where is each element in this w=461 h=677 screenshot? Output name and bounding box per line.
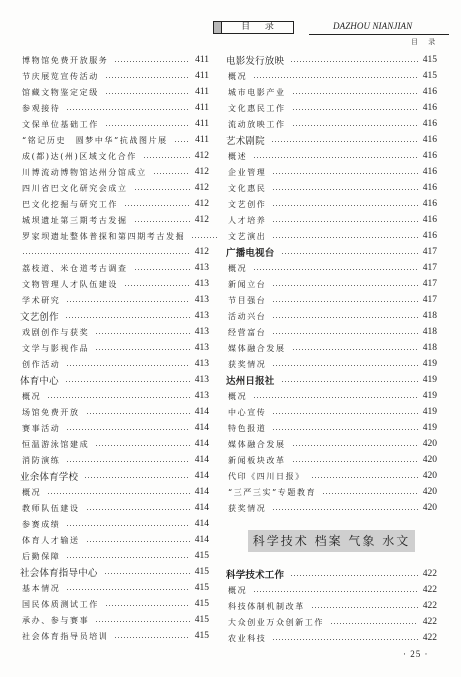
dot-leader xyxy=(86,509,190,510)
toc-entry-page: 413 xyxy=(192,263,209,273)
toc-entry-page: 419 xyxy=(420,407,437,417)
dot-leader xyxy=(174,141,190,142)
toc-entry: 新闻立台417 xyxy=(226,276,437,292)
toc-entry-title: 参赛成绩 xyxy=(22,519,60,530)
toc-entry-page: 422 xyxy=(420,617,437,627)
toc-entry: 概况414 xyxy=(20,484,209,500)
toc-entry-page: 419 xyxy=(420,359,437,369)
toc-entry: 特色报道419 xyxy=(226,420,437,436)
dot-leader xyxy=(84,477,190,478)
toc-entry-page: 420 xyxy=(420,503,437,513)
toc-entry-page: 413 xyxy=(192,359,209,369)
toc-entry-title: 概况 xyxy=(228,71,247,82)
toc-entry-title: 中心宣传 xyxy=(228,407,266,418)
toc-entry-title: 概况 xyxy=(228,391,247,402)
dot-leader xyxy=(114,61,190,62)
toc-entry: 教师队伍建设414 xyxy=(20,500,209,516)
toc-entry: 中心宣传419 xyxy=(226,404,437,420)
toc-entry: 概况417 xyxy=(226,260,437,276)
toc-entry-title: 戏剧创作与获奖 xyxy=(22,327,89,338)
dot-leader xyxy=(272,429,418,430)
toc-entry-title: 荔枝道、米仓道考古调查 xyxy=(22,263,128,274)
toc-entry-page: 416 xyxy=(420,119,437,129)
toc-entry: 馆藏文物鉴定定级411 xyxy=(20,84,209,100)
toc-entry: 巴文化挖掘与研究工作412 xyxy=(20,196,209,212)
toc-entry-title: 节目强台 xyxy=(228,295,266,306)
toc-entry-page: 417 xyxy=(420,279,437,289)
toc-entry-page: 420 xyxy=(420,455,437,465)
dot-leader xyxy=(292,349,418,350)
toc-section-entry: 文艺创作413 xyxy=(20,308,209,324)
toc-entry-page: 414 xyxy=(192,423,209,433)
dot-leader xyxy=(153,173,190,174)
toc-entry-title: 新闻板块改革 xyxy=(228,455,286,466)
toc-entry-page: 415 xyxy=(192,551,209,561)
dot-leader xyxy=(272,221,418,222)
toc-left-column: 博物馆免费开放服务411节庆展览宣传活动411馆藏文物鉴定定级411参观接待41… xyxy=(20,52,209,644)
dot-leader xyxy=(272,639,418,640)
toc-entry: 文学与影视作品413 xyxy=(20,340,209,356)
toc-entry: 文物管理人才队伍建设413 xyxy=(20,276,209,292)
toc-entry-title: 国民体质测试工作 xyxy=(22,599,99,610)
toc-entry: 文化惠民工作416 xyxy=(226,100,437,116)
toc-entry-page: 419 xyxy=(420,423,437,433)
toc-entry-title: 承办、参与赛事 xyxy=(22,615,89,626)
toc-entry: 参观接待411 xyxy=(20,100,209,116)
toc-entry-title: 体育中心 xyxy=(20,373,59,387)
toc-entry: 文保单位基础工作411 xyxy=(20,116,209,132)
toc-section-entry: 艺术剧院416 xyxy=(226,132,437,148)
toc-entry-page: 414 xyxy=(192,503,209,513)
toc-entry-page: 414 xyxy=(192,519,209,529)
dot-leader xyxy=(272,285,418,286)
dot-leader xyxy=(86,541,190,542)
toc-entry: 农业科技422 xyxy=(226,630,437,646)
toc-entry: 大众创业万众创新工作422 xyxy=(226,614,437,630)
toc-entry-page: 414 xyxy=(192,439,209,449)
toc-entry-page: 416 xyxy=(420,215,437,225)
toc-entry-title: 后勤保障 xyxy=(22,551,60,562)
toc-entry-title: 特色报道 xyxy=(228,423,266,434)
toc-entry-title: 基本情况 xyxy=(22,583,60,594)
toc-entry-page: 412 xyxy=(192,215,209,225)
toc-entry-title: 概况 xyxy=(22,391,41,402)
toc-entry-title: 艺术剧院 xyxy=(226,133,265,147)
toc-entry-page: 418 xyxy=(420,311,437,321)
toc-entry: 企业管理416 xyxy=(226,164,437,180)
toc-entry-title: 人才培养 xyxy=(228,215,266,226)
toc-entry-title: 大众创业万众创新工作 xyxy=(228,617,324,628)
toc-entry-title: 流动放映工作 xyxy=(228,119,286,130)
toc-entry-title: 城坝遗址第三期考古发掘 xyxy=(22,215,128,226)
dot-leader xyxy=(253,591,418,592)
toc-entry: 赛事活动414 xyxy=(20,420,209,436)
toc-entry-page: 416 xyxy=(420,135,437,145)
toc-entry-title: 概况 xyxy=(228,585,247,596)
toc-entry-page: 415 xyxy=(420,71,437,81)
dot-leader xyxy=(330,623,418,624)
toc-entry: 文化惠民416 xyxy=(226,180,437,196)
toc-entry-page: 416 xyxy=(420,103,437,113)
toc-entry-title: 馆藏文物鉴定定级 xyxy=(22,87,99,98)
toc-entry: 罗家坝遗址整体普探和第四期考古发掘 xyxy=(20,228,209,244)
toc-entry: 国民体质测试工作415 xyxy=(20,596,209,612)
toc-entry-page: 413 xyxy=(192,311,209,321)
header-gray-tab xyxy=(214,22,222,33)
toc-entry-page: 418 xyxy=(420,327,437,337)
toc-entry-title: 活动兴台 xyxy=(228,311,266,322)
toc-entry: 四川省巴文化研究会成立412 xyxy=(20,180,209,196)
toc-entry-page: 415 xyxy=(192,567,209,577)
toc-entry-page: 412 xyxy=(192,151,209,161)
toc-entry-title: 概况 xyxy=(228,263,247,274)
toc-entry-page: 413 xyxy=(192,295,209,305)
toc-entry-title: “铭记历史 圆梦中华”抗战图片展 xyxy=(22,135,168,146)
dot-leader xyxy=(95,445,190,446)
running-header: 目 录 DAZHOU NIANJIAN xyxy=(213,21,437,35)
toc-entry: 代印《四川日报》420 xyxy=(226,468,437,484)
toc-entry-title: 获奖情况 xyxy=(228,359,266,370)
dot-leader xyxy=(253,157,418,158)
toc-entry-page: 411 xyxy=(192,55,209,65)
toc-entry-title: 文艺演出 xyxy=(228,231,266,242)
toc-entry: 消防演练414 xyxy=(20,452,209,468)
toc-entry: 人才培养416 xyxy=(226,212,437,228)
dot-leader xyxy=(105,93,190,94)
section-banner: 科学技术 档案 气象 水文 xyxy=(248,530,415,552)
toc-entry-page: 420 xyxy=(420,487,437,497)
dot-leader xyxy=(292,125,418,126)
toc-entry-page: 422 xyxy=(420,569,437,579)
dot-leader xyxy=(292,93,418,94)
header-rule xyxy=(309,34,449,35)
dot-leader xyxy=(86,413,190,414)
toc-entry-page: 413 xyxy=(192,327,209,337)
toc-entry-page: 415 xyxy=(192,631,209,641)
toc-entry-title: 媒体融合发展 xyxy=(228,439,286,450)
toc-entry: 参赛成绩414 xyxy=(20,516,209,532)
toc-entry: 戏剧创作与获奖413 xyxy=(20,324,209,340)
dot-leader xyxy=(134,221,190,222)
toc-entry: 活动兴台418 xyxy=(226,308,437,324)
toc-entry-title: 代印《四川日报》 xyxy=(228,471,305,482)
toc-entry-page: 412 xyxy=(192,199,209,209)
toc-entry-title: 巴文化挖掘与研究工作 xyxy=(22,199,118,210)
toc-entry-title: 罗家坝遗址整体普探和第四期考古发掘 xyxy=(22,231,185,242)
toc-entry: 获奖情况420 xyxy=(226,500,437,516)
dot-leader xyxy=(290,575,418,576)
dot-leader xyxy=(272,509,418,510)
toc-entry-page: 417 xyxy=(420,247,437,257)
toc-entry-page: 413 xyxy=(192,279,209,289)
toc-section-entry: 电影发行放映415 xyxy=(226,52,437,68)
dot-leader xyxy=(66,589,190,590)
toc-section-entry: 达州日报社419 xyxy=(226,372,437,388)
toc-entry-title: 文艺创作 xyxy=(228,199,266,210)
dot-leader xyxy=(65,317,190,318)
dot-leader xyxy=(66,301,190,302)
toc-entry-title: 文学与影视作品 xyxy=(22,343,89,354)
toc-entry-title: 科技体制机制改革 xyxy=(228,601,305,612)
toc-entry-title: 博物馆免费开放服务 xyxy=(22,55,108,66)
running-title: DAZHOU NIANJIAN xyxy=(333,21,412,32)
toc-entry: 媒体融合发展420 xyxy=(226,436,437,452)
toc-entry-page: 415 xyxy=(420,55,437,65)
toc-entry-page: 414 xyxy=(192,407,209,417)
dot-leader xyxy=(65,381,190,382)
toc-entry-title: 科学技术工作 xyxy=(226,567,284,581)
toc-entry-title: 川博流动博物馆达州分馆成立 xyxy=(22,167,147,178)
toc-entry-title: 广播电视台 xyxy=(226,245,275,259)
toc-entry: “三严三实”专题教育420 xyxy=(226,484,437,500)
dot-leader xyxy=(191,237,217,238)
toc-entry: 流动放映工作416 xyxy=(226,116,437,132)
toc-entry-title: 城市电影产业 xyxy=(228,87,286,98)
toc-entry: 概况413 xyxy=(20,388,209,404)
toc-entry-page: 422 xyxy=(420,633,437,643)
toc-entry-page: 419 xyxy=(420,391,437,401)
toc-entry: 经营富台418 xyxy=(226,324,437,340)
toc-entry-page: 411 xyxy=(192,103,209,113)
dot-leader xyxy=(272,205,418,206)
toc-entry-page: 417 xyxy=(420,295,437,305)
toc-entry: 科技体制机制改革422 xyxy=(226,598,437,614)
toc-entry-page: 415 xyxy=(192,599,209,609)
toc-entry-page: 411 xyxy=(192,87,209,97)
toc-section-entry: 广播电视台417 xyxy=(226,244,437,260)
toc-entry: 媒体融合发展418 xyxy=(226,340,437,356)
toc-entry-page: 412 xyxy=(192,183,209,193)
toc-entry: 学术研究413 xyxy=(20,292,209,308)
toc-entry: 文艺演出416 xyxy=(226,228,437,244)
dot-leader xyxy=(105,605,190,606)
header-subtitle: 目 录 xyxy=(411,37,439,47)
dot-leader xyxy=(66,429,190,430)
dot-leader xyxy=(66,557,190,558)
dot-leader xyxy=(292,461,418,462)
dot-leader xyxy=(253,269,418,270)
toc-entry-page: 411 xyxy=(192,71,209,81)
dot-leader xyxy=(272,189,418,190)
toc-entry-title: 文艺创作 xyxy=(20,309,59,323)
toc-entry: 川博流动博物馆达州分馆成立412 xyxy=(20,164,209,180)
dot-leader xyxy=(105,125,190,126)
toc-entry-page: 416 xyxy=(420,231,437,241)
toc-entry-page: 413 xyxy=(192,375,209,385)
toc-entry: 荔枝道、米仓道考古调查413 xyxy=(20,260,209,276)
toc-section-entry: 业余体育学校414 xyxy=(20,468,209,484)
toc-entry-title: 概述 xyxy=(228,151,247,162)
dot-leader xyxy=(281,253,418,254)
dot-leader xyxy=(292,445,418,446)
toc-entry-page: 414 xyxy=(192,471,209,481)
dot-leader xyxy=(272,333,418,334)
toc-entry-title: 社会体育指导员培训 xyxy=(22,631,108,642)
toc-entry-page: 414 xyxy=(192,535,209,545)
toc-entry-title: 媒体融合发展 xyxy=(228,343,286,354)
toc-entry-title: 文物管理人才队伍建设 xyxy=(22,279,118,290)
dot-leader xyxy=(272,365,418,366)
toc-entry-title: 节庆展览宣传活动 xyxy=(22,71,99,82)
dot-leader xyxy=(253,77,418,78)
dot-leader xyxy=(134,189,190,190)
toc-entry-page: 416 xyxy=(420,199,437,209)
toc-entry-page: 416 xyxy=(420,183,437,193)
toc-section-entry: 体育中心413 xyxy=(20,372,209,388)
toc-entry-title: 企业管理 xyxy=(228,167,266,178)
toc-entry: 新闻板块改革420 xyxy=(226,452,437,468)
dot-leader xyxy=(272,237,418,238)
toc-entry-title: 新闻立台 xyxy=(228,279,266,290)
dot-leader xyxy=(311,477,418,478)
dot-leader xyxy=(322,493,418,494)
toc-entry: 概况419 xyxy=(226,388,437,404)
dot-leader xyxy=(105,77,190,78)
toc-entry-page: 416 xyxy=(420,151,437,161)
toc-entry: 获奖情况419 xyxy=(226,356,437,372)
dot-leader xyxy=(281,381,418,382)
header-title: 目 录 xyxy=(222,22,293,33)
toc-entry: 博物馆免费开放服务411 xyxy=(20,52,209,68)
toc-entry: 文艺创作416 xyxy=(226,196,437,212)
dot-leader xyxy=(143,157,190,158)
toc-entry-page: 422 xyxy=(420,601,437,611)
toc-entry-title: 文保单位基础工作 xyxy=(22,119,99,130)
dot-leader xyxy=(271,141,418,142)
dot-leader xyxy=(272,413,418,414)
dot-leader xyxy=(66,461,190,462)
toc-entry-page: 413 xyxy=(192,391,209,401)
toc-entry-page: 414 xyxy=(192,455,209,465)
toc-entry: 城坝遗址第三期考古发掘412 xyxy=(20,212,209,228)
toc-entry-page: 415 xyxy=(192,583,209,593)
toc-entry: 体育人才输送414 xyxy=(20,532,209,548)
toc-entry-title: 成(都)达(州)区域文化合作 xyxy=(22,151,137,162)
toc-entry-title: 文化惠民 xyxy=(228,183,266,194)
toc-entry-page: 416 xyxy=(420,167,437,177)
toc-section-entry: 科学技术工作422 xyxy=(226,566,437,582)
toc-entry-title: 概况 xyxy=(22,487,41,498)
toc-entry-page: 420 xyxy=(420,439,437,449)
toc-right-column: 电影发行放映415概况415城市电影产业416文化惠民工作416流动放映工作41… xyxy=(226,52,437,516)
dot-leader xyxy=(66,525,190,526)
dot-leader xyxy=(114,637,190,638)
toc-entry: “铭记历史 圆梦中华”抗战图片展411 xyxy=(20,132,209,148)
toc-entry-title: 消防演练 xyxy=(22,455,60,466)
toc-entry-title: 达州日报社 xyxy=(226,373,275,387)
toc-entry: 节庆展览宣传活动411 xyxy=(20,68,209,84)
toc-entry: 基本情况415 xyxy=(20,580,209,596)
toc-entry: 概述416 xyxy=(226,148,437,164)
toc-entry-page: 417 xyxy=(420,263,437,273)
toc-entry-title: 社会体育指导中心 xyxy=(20,565,98,579)
toc-entry-title: 业余体育学校 xyxy=(20,469,78,483)
toc-entry-page: 418 xyxy=(420,343,437,353)
toc-entry: 承办、参与赛事415 xyxy=(20,612,209,628)
toc-entry-page: 411 xyxy=(192,119,209,129)
toc-entry-page: 411 xyxy=(192,135,209,145)
toc-entry-title: 体育人才输送 xyxy=(22,535,80,546)
toc-entry-title: 电影发行放映 xyxy=(226,53,284,67)
toc-entry: 412 xyxy=(20,244,209,260)
toc-entry: 社会体育指导员培训415 xyxy=(20,628,209,644)
toc-entry-title: “三严三实”专题教育 xyxy=(228,487,316,498)
toc-entry: 节目强台417 xyxy=(226,292,437,308)
toc-entry-title: 经营富台 xyxy=(228,327,266,338)
toc-entry-page: 414 xyxy=(192,487,209,497)
toc-entry-page: 416 xyxy=(420,87,437,97)
dot-leader xyxy=(272,173,418,174)
toc-entry: 城市电影产业416 xyxy=(226,84,437,100)
dot-leader xyxy=(47,493,190,494)
toc-entry-page: 420 xyxy=(420,471,437,481)
dot-leader xyxy=(47,397,190,398)
toc-entry: 成(都)达(州)区域文化合作412 xyxy=(20,148,209,164)
dot-leader xyxy=(272,317,418,318)
toc-entry-title: 场馆免费开放 xyxy=(22,407,80,418)
dot-leader xyxy=(134,269,190,270)
toc-entry-title: 创作活动 xyxy=(22,359,60,370)
toc-entry-title: 学术研究 xyxy=(22,295,60,306)
header-title-box: 目 录 xyxy=(213,21,294,34)
toc-entry: 恒温游泳馆建成414 xyxy=(20,436,209,452)
toc-entry: 后勤保障415 xyxy=(20,548,209,564)
toc-entry-page: 419 xyxy=(420,375,437,385)
dot-leader xyxy=(292,109,418,110)
toc-entry-page: 415 xyxy=(192,615,209,625)
page-number: · 25 · xyxy=(403,649,429,659)
toc-entry-page: 412 xyxy=(192,247,209,257)
dot-leader xyxy=(95,349,190,350)
dot-leader xyxy=(124,205,190,206)
dot-leader xyxy=(66,365,190,366)
dot-leader xyxy=(124,285,190,286)
toc-section-entry: 社会体育指导中心415 xyxy=(20,564,209,580)
toc-entry: 概况415 xyxy=(226,68,437,84)
toc-entry: 创作活动413 xyxy=(20,356,209,372)
toc-entry-title: 赛事活动 xyxy=(22,423,60,434)
toc-entry: 场馆免费开放414 xyxy=(20,404,209,420)
dot-leader xyxy=(272,301,418,302)
toc-entry-page: 412 xyxy=(192,167,209,177)
dot-leader xyxy=(311,607,418,608)
toc-entry-title: 参观接待 xyxy=(22,103,60,114)
toc-entry-page: 422 xyxy=(420,585,437,595)
dot-leader xyxy=(22,253,190,254)
dot-leader xyxy=(95,333,190,334)
dot-leader xyxy=(290,61,418,62)
toc-entry-title: 教师队伍建设 xyxy=(22,503,80,514)
toc-entry-page: 413 xyxy=(192,343,209,353)
toc-entry: 概况422 xyxy=(226,582,437,598)
toc-entry-title: 四川省巴文化研究会成立 xyxy=(22,183,128,194)
toc-right-column-after-banner: 科学技术工作422概况422科技体制机制改革422大众创业万众创新工作422农业… xyxy=(226,566,437,646)
toc-entry-title: 获奖情况 xyxy=(228,503,266,514)
toc-entry-title: 恒温游泳馆建成 xyxy=(22,439,89,450)
toc-entry-title: 农业科技 xyxy=(228,633,266,644)
dot-leader xyxy=(66,109,190,110)
dot-leader xyxy=(95,621,190,622)
dot-leader xyxy=(104,573,190,574)
dot-leader xyxy=(253,397,418,398)
toc-entry-title: 文化惠民工作 xyxy=(228,103,286,114)
